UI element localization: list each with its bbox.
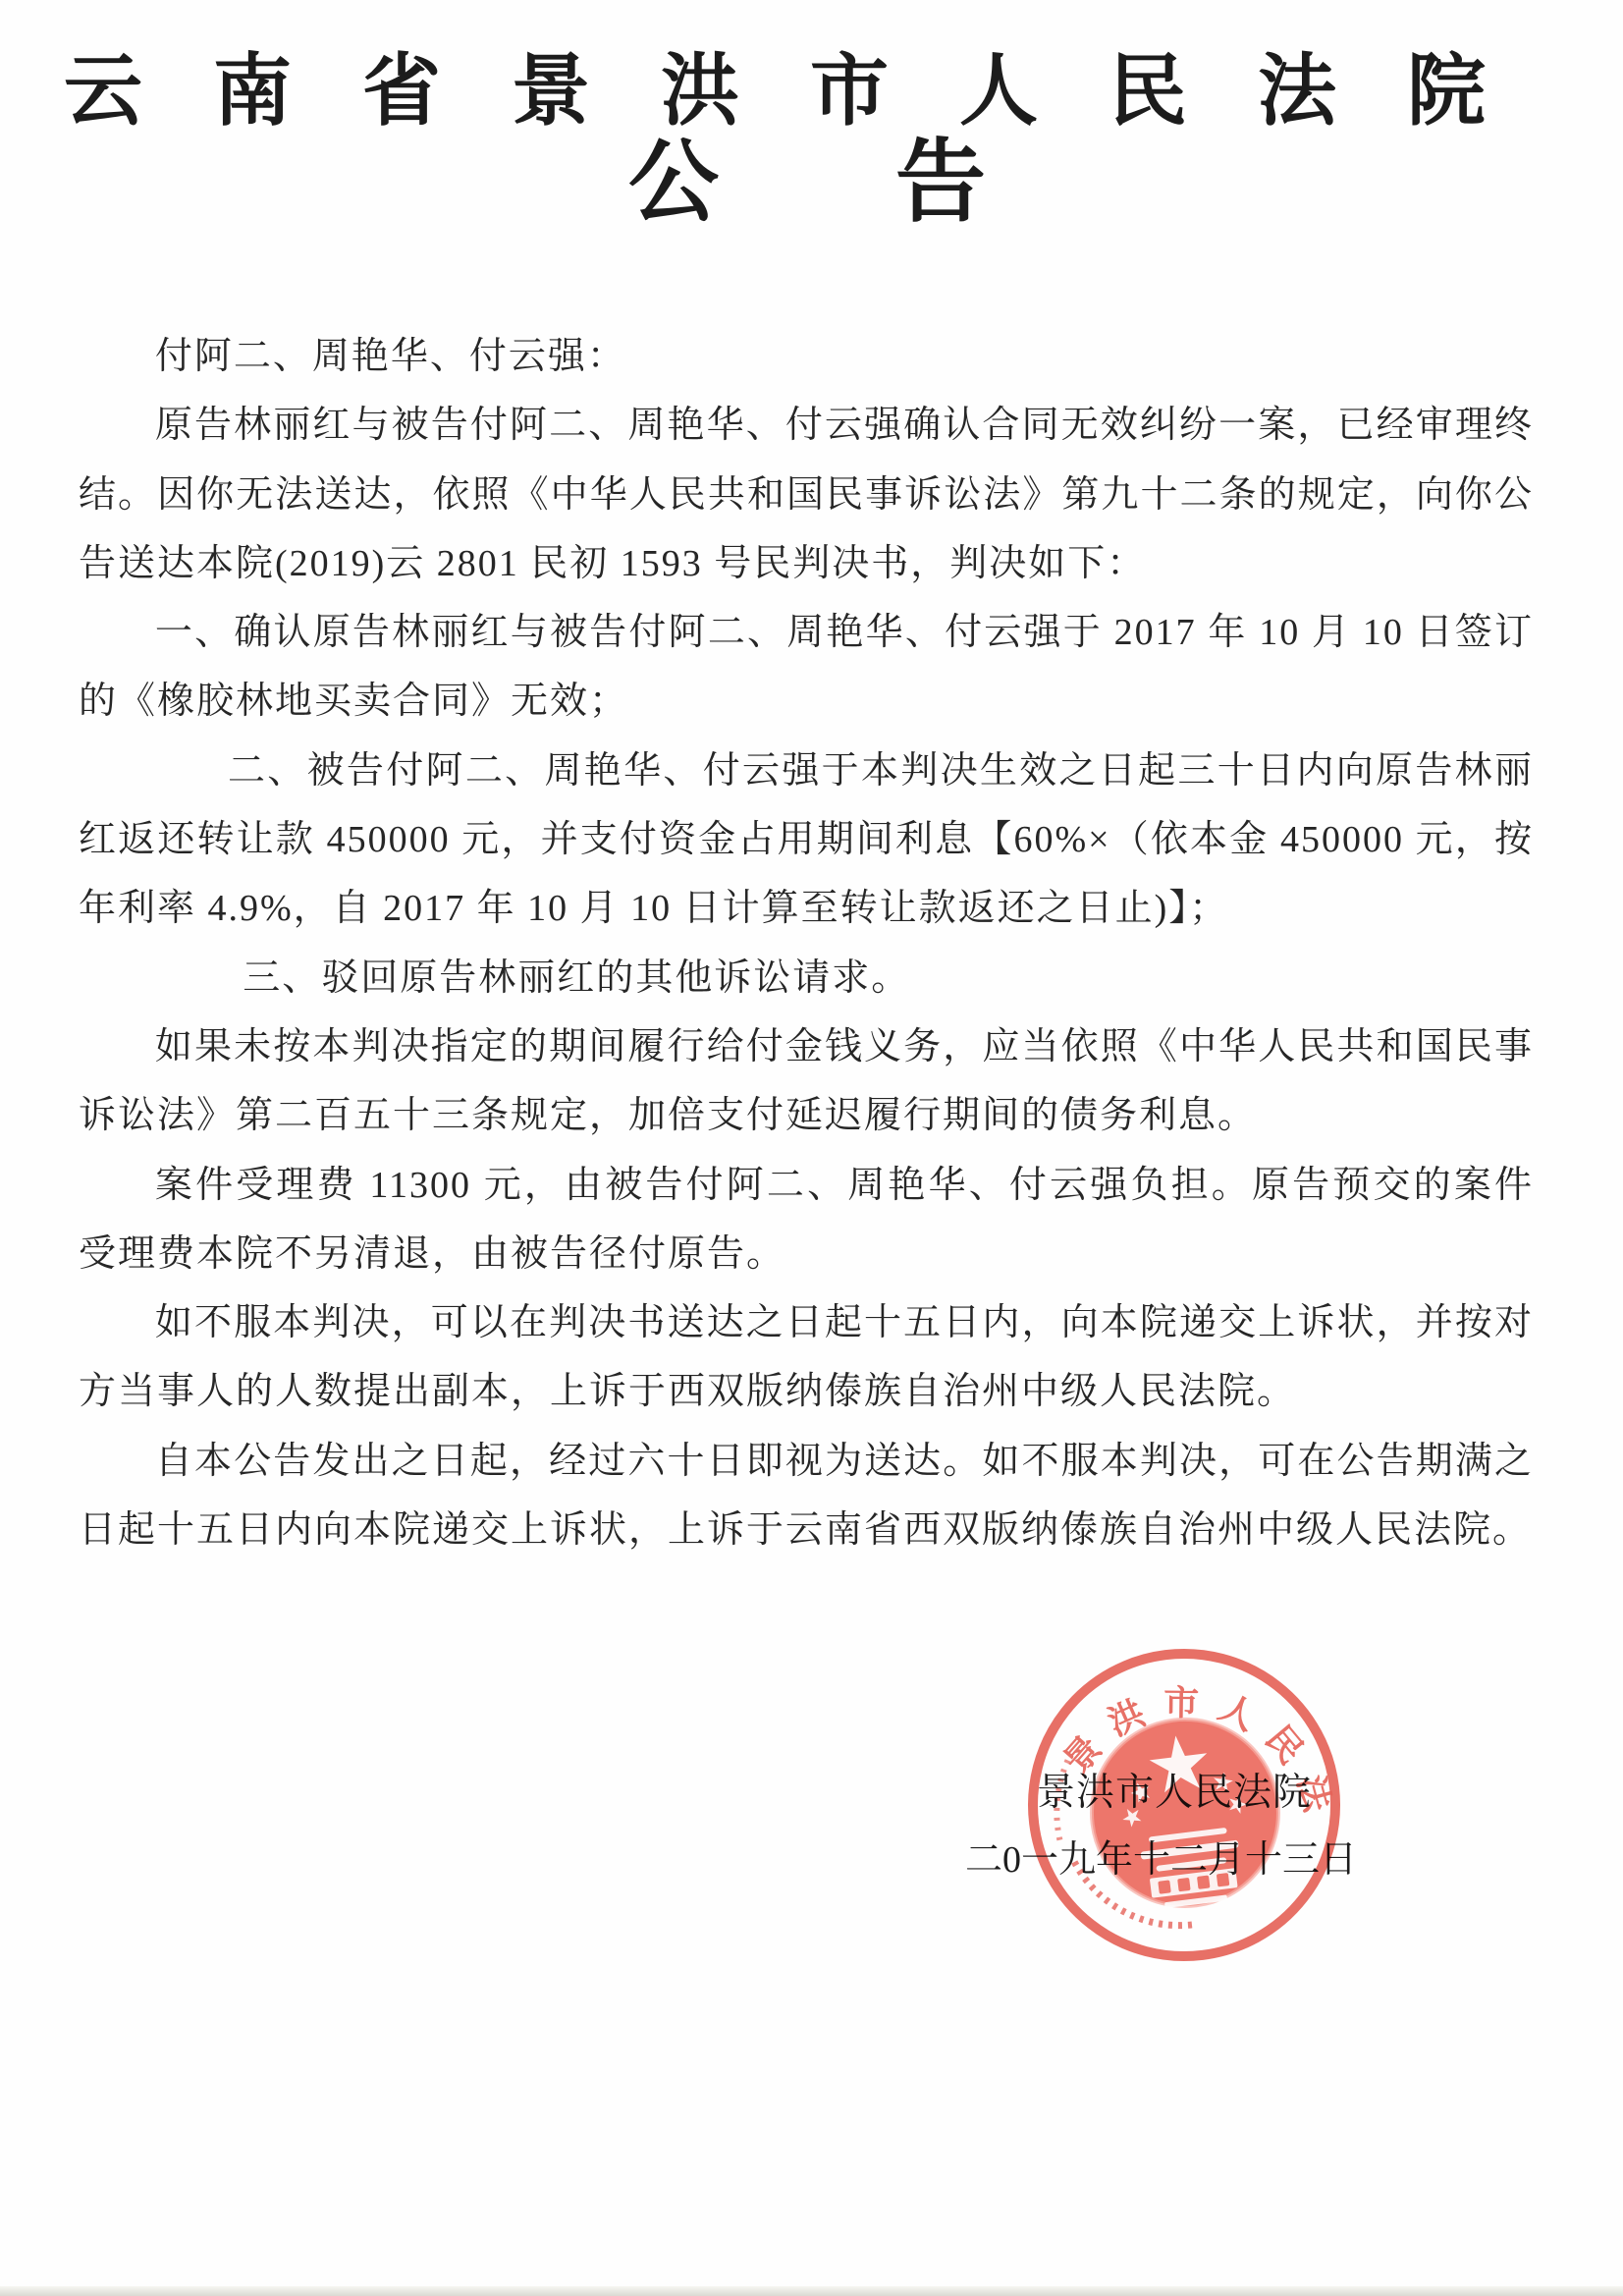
notice-paragraph: 原告林丽红与被告付阿二、周艳华、付云强确认合同无效纠纷一案，已经审理终结。因你无… [79,391,1534,598]
notice-paragraph: 三、驳回原告林丽红的其他诉讼请求。 [79,944,1534,1012]
signature-court-name: 景洪市人民法院 [1037,1762,1312,1817]
salutation: 付阿二、周艳华、付云强： [79,322,1534,391]
notice-paragraph: 案件受理费 11300 元，由被告付阿二、周艳华、付云强负担。原告预交的案件受理… [79,1151,1534,1289]
notice-paragraph: 自本公告发出之日起，经过六十日即视为送达。如不服本判决，可在公告期满之日起十五日… [79,1427,1534,1565]
page-title: 云南省景洪市人民法院 [64,49,1556,136]
notice-paragraph: 一、确认原告林丽红与被告付阿二、周艳华、付云强于 2017 年 10 月 10 … [79,598,1534,737]
signature-date: 二0一九年十二月十三日 [965,1829,1357,1883]
notice-paragraph: 二、被告付阿二、周艳华、付云强于本判决生效之日起三十日内向原告林丽红返还转让款 … [79,737,1534,944]
notice-paragraph: 如果未按本判决指定的期间履行给付金钱义务，应当依照《中华人民共和国民事诉讼法》第… [79,1012,1534,1151]
notice-title: 公告 [628,134,1163,233]
notice-paragraph: 如不服本判决，可以在判决书送达之日起十五日内，向本院递交上诉状，并按对方当事人的… [79,1288,1534,1427]
notice-document-page: 云南省景洪市人民法院 公告 付阿二、周艳华、付云强： 原告林丽红与被告付阿二、周… [0,0,1623,2296]
notice-body: 付阿二、周艳华、付云强： 原告林丽红与被告付阿二、周艳华、付云强确认合同无效纠纷… [79,322,1534,1564]
scan-edge-artifact [0,2286,1623,2296]
